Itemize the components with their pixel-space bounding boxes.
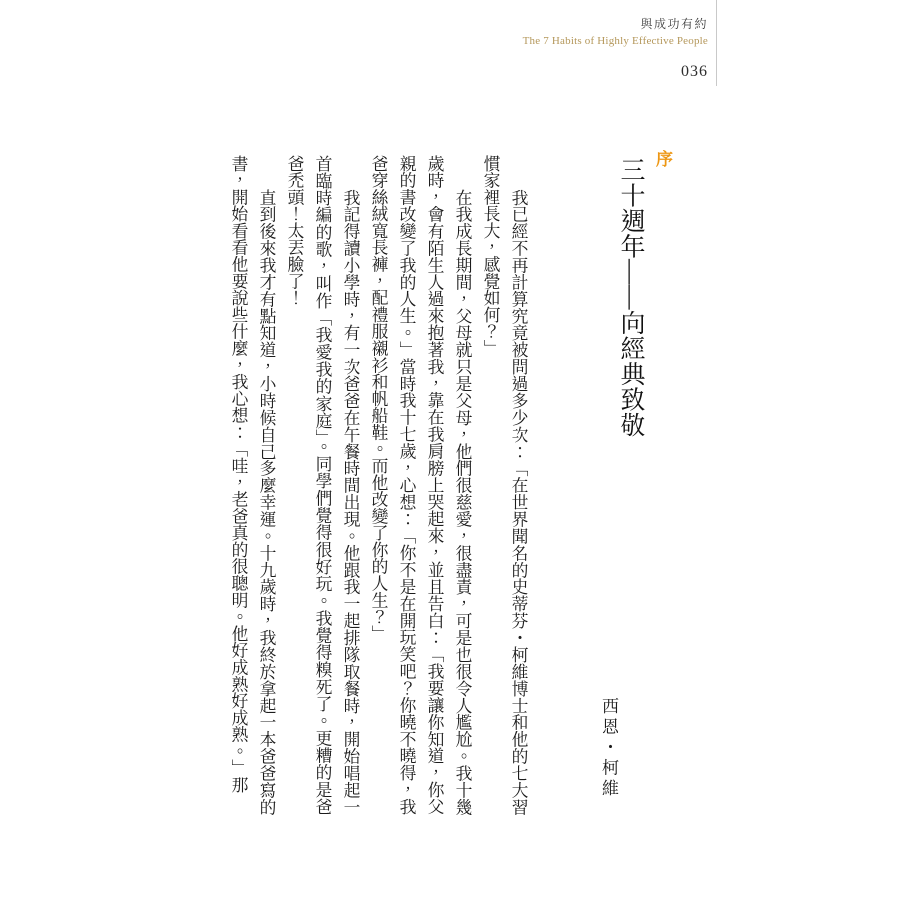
header-vertical-rule — [716, 0, 717, 86]
preface-title: 三十週年——向經典致敬 — [615, 157, 645, 438]
paragraph-3: 我記得讀小學時，有一次爸爸在午餐時間出現。他跟我一起排隊取餐時，開始唱起一首臨時… — [280, 155, 364, 815]
preface-section-label: 序 — [650, 150, 675, 167]
preface-body-text: 我已經不再計算究竟被問過多少次：「在世界聞名的史蒂芬・柯維博士和他的七大習慣家裡… — [224, 155, 532, 815]
running-head: 與成功有約 The 7 Habits of Highly Effective P… — [523, 17, 708, 82]
paragraph-2: 在我成長期間，父母就只是父母，他們很慈愛，很盡責，可是也很令人尷尬。我十幾歲時，… — [364, 155, 476, 815]
book-subtitle-english: The 7 Habits of Highly Effective People — [523, 35, 708, 49]
preface-author: 西恩・柯維 — [596, 697, 621, 800]
paragraph-1: 我已經不再計算究竟被問過多少次：「在世界聞名的史蒂芬・柯維博士和他的七大習慣家裡… — [476, 155, 532, 815]
book-page: 與成功有約 The 7 Habits of Highly Effective P… — [0, 0, 900, 900]
paragraph-4: 直到後來我才有點知道，小時候自己多麼幸運。十九歲時，我終於拿起一本爸爸寫的書，開… — [224, 155, 280, 815]
book-title: 與成功有約 — [523, 17, 708, 32]
page-number: 036 — [523, 62, 708, 82]
